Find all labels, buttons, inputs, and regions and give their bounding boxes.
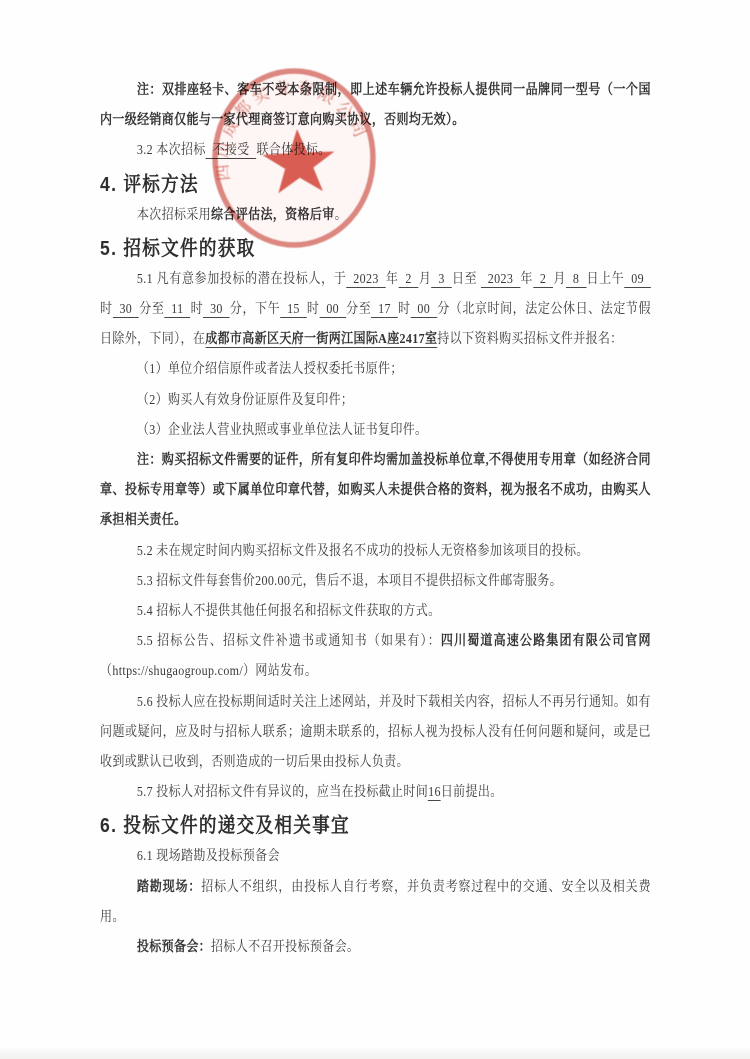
text-run: 注：双排座轻卡、客车不受本条限制，即上述车辆允许投标人提供同一品牌同一型号（一个… bbox=[100, 83, 651, 128]
paragraph: 6.1 现场踏勘及投标预备会 bbox=[100, 842, 651, 872]
text-run: 踏勘现场： bbox=[137, 880, 201, 895]
text-run: 日至 bbox=[452, 272, 481, 287]
text-run: 6.1 现场踏勘及投标预备会 bbox=[137, 849, 280, 864]
text-run: 招标人不召开投标预备会。 bbox=[211, 940, 359, 955]
paragraph: 3.2 本次招标不接受联合体投标。 bbox=[100, 136, 651, 166]
text-run: 09 bbox=[624, 272, 650, 288]
document-page: 注：双排座轻卡、客车不受本条限制，即上述车辆允许投标人提供同一品牌同一型号（一个… bbox=[0, 0, 750, 1059]
text-run: 2023 bbox=[346, 272, 385, 288]
text-run: 11 bbox=[164, 302, 190, 318]
text-run: 时 bbox=[307, 302, 320, 317]
scan-edge-shadow bbox=[0, 1047, 750, 1059]
text-run: 2023 bbox=[481, 272, 520, 288]
text-run: （3）企业法人营业执照或事业单位法人证书复印件。 bbox=[137, 423, 428, 438]
text-run: 6. 投标文件的递交及相关事宜 bbox=[100, 814, 350, 837]
paragraph: 5.7 投标人对招标文件有异议的，应当在投标截止时间16日前提出。 bbox=[100, 778, 651, 808]
text-run: 17 bbox=[371, 302, 397, 318]
text-run: 3.2 本次招标 bbox=[137, 143, 206, 158]
paragraph: 本次招标采用综合评估法，资格后审。 bbox=[100, 201, 651, 231]
text-run: （1）单位介绍信原件或者法人授权委托书原件； bbox=[137, 362, 403, 377]
text-run: 5.5 招标公告、招标文件补遗书或通知书（如果有）： bbox=[137, 634, 441, 649]
paragraph: 5.1 凡有意参加投标的潜在投标人，于2023年2月3日至 2023年2月8日上… bbox=[100, 265, 651, 356]
text-run: 四川蜀道高速公路集团有限公司官网 bbox=[441, 634, 651, 649]
paragraph: 投标预备会：招标人不召开投标预备会。 bbox=[100, 933, 651, 963]
document-text-column: 注：双排座轻卡、客车不受本条限制，即上述车辆允许投标人提供同一品牌同一型号（一个… bbox=[100, 0, 652, 963]
paragraph: （3）企业法人营业执照或事业单位法人证书复印件。 bbox=[100, 416, 651, 446]
text-run: 5.6 投标人应在投标期间适时关注上述网站，并及时下载相关内容，招标人不再另行通… bbox=[100, 695, 651, 770]
text-run: 30 bbox=[203, 302, 229, 318]
text-run: 综合评估法，资格后审 bbox=[211, 208, 335, 223]
paragraph: 注：购买招标文件需要的证件，所有复印件均需加盖投标单位章,不得使用专用章（如经济… bbox=[100, 446, 651, 537]
text-run: 本次招标采用 bbox=[137, 208, 211, 223]
text-run: 16 bbox=[428, 785, 441, 801]
paragraph: 5.4 招标人不提供其他任何报名和招标文件获取的方式。 bbox=[100, 597, 651, 627]
text-run: 成都市高新区天府一街两江国际A座2417室 bbox=[205, 332, 437, 348]
text-run: 5.1 凡有意参加投标的潜在投标人，于 bbox=[137, 272, 347, 287]
text-run: 2 bbox=[533, 272, 553, 288]
text-run: 日上午 bbox=[586, 272, 624, 287]
text-run: 15 bbox=[280, 302, 306, 318]
text-run: 2 bbox=[399, 272, 419, 288]
text-run: 4. 评标方法 bbox=[100, 173, 199, 196]
section-heading: 5. 招标文件的获取 bbox=[100, 234, 651, 264]
text-run: 分至 bbox=[346, 302, 371, 317]
text-run: 分，下午 bbox=[230, 302, 281, 317]
text-run: 5. 招标文件的获取 bbox=[100, 237, 256, 260]
section-heading: 4. 评标方法 bbox=[100, 170, 651, 200]
text-run: 时 bbox=[190, 302, 203, 317]
text-run: 联合体投标。 bbox=[257, 143, 331, 158]
paragraph: 5.6 投标人应在投标期间适时关注上述网站，并及时下载相关内容，招标人不再另行通… bbox=[100, 688, 651, 779]
text-run: 时 bbox=[398, 302, 411, 317]
text-run: 8 bbox=[566, 272, 586, 288]
text-run: 分至 bbox=[139, 302, 164, 317]
text-run: 日前提出。 bbox=[441, 785, 503, 800]
text-run: 投标预备会： bbox=[137, 940, 211, 955]
text-run: 注：购买招标文件需要的证件，所有复印件均需加盖投标单位章,不得使用专用章（如经济… bbox=[100, 453, 651, 528]
text-run: （https://shugaogroup.com/）网站发布。 bbox=[100, 664, 317, 679]
text-run: 。 bbox=[335, 208, 347, 223]
text-run: 00 bbox=[411, 302, 437, 318]
text-run: 3 bbox=[432, 272, 452, 288]
text-run: 月 bbox=[419, 272, 432, 287]
text-run: 年 bbox=[520, 272, 533, 287]
paragraph: 踏勘现场：招标人不组织，由投标人自行考察，并负责考察过程中的交通、安全以及相关费… bbox=[100, 873, 651, 933]
text-run: 30 bbox=[113, 302, 139, 318]
paragraph: 5.3 招标文件每套售价200.00元，售后不退，本项目不提供招标文件邮寄服务。 bbox=[100, 567, 651, 597]
text-run: 时 bbox=[100, 302, 113, 317]
text-run: 5.4 招标人不提供其他任何报名和招标文件获取的方式。 bbox=[137, 604, 441, 619]
text-run: 月 bbox=[553, 272, 566, 287]
text-run: 年 bbox=[386, 272, 399, 287]
section-heading: 6. 投标文件的递交及相关事宜 bbox=[100, 811, 651, 841]
text-run: 不接受 bbox=[206, 143, 257, 159]
text-run: （2）购买人有效身份证原件及复印件； bbox=[137, 393, 353, 408]
paragraph: 5.5 招标公告、招标文件补遗书或通知书（如果有）：四川蜀道高速公路集团有限公司… bbox=[100, 627, 651, 687]
text-run: 00 bbox=[319, 302, 345, 318]
document-body: 注：双排座轻卡、客车不受本条限制，即上述车辆允许投标人提供同一品牌同一型号（一个… bbox=[100, 0, 651, 963]
paragraph: （2）购买人有效身份证原件及复印件； bbox=[100, 386, 651, 416]
text-run: 持以下资料购买招标文件并报名： bbox=[437, 332, 622, 347]
text-run: 5.7 投标人对招标文件有异议的，应当在投标截止时间 bbox=[137, 785, 428, 800]
paragraph: （1）单位介绍信原件或者法人授权委托书原件； bbox=[100, 355, 651, 385]
paragraph: 5.2 未在规定时间内购买招标文件及报名不成功的投标人无资格参加该项目的投标。 bbox=[100, 537, 651, 567]
text-run: 5.2 未在规定时间内购买招标文件及报名不成功的投标人无资格参加该项目的投标。 bbox=[137, 544, 589, 559]
paragraph: 注：双排座轻卡、客车不受本条限制，即上述车辆允许投标人提供同一品牌同一型号（一个… bbox=[100, 76, 651, 136]
text-run: 5.3 招标文件每套售价200.00元，售后不退，本项目不提供招标文件邮寄服务。 bbox=[137, 574, 562, 589]
